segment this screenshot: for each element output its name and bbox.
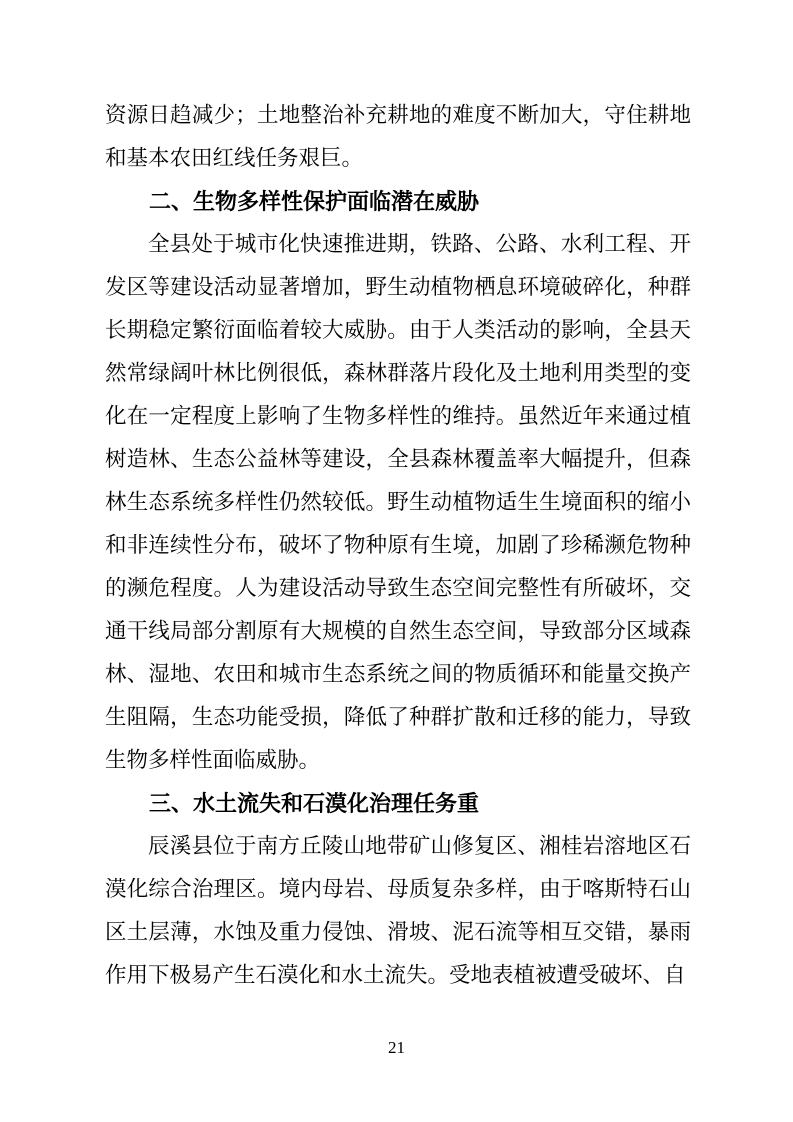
- section-heading-biodiversity: 二、生物多样性保护面临潜在威胁: [105, 180, 691, 223]
- document-page: 资源日趋减少；土地整治补充耕地的难度不断加大，守住耕地和基本农田红线任务艰巨。 …: [0, 0, 793, 1122]
- paragraph-continuation: 资源日趋减少；土地整治补充耕地的难度不断加大，守住耕地和基本农田红线任务艰巨。: [105, 94, 691, 180]
- paragraph-biodiversity: 全县处于城市化快速推进期，铁路、公路、水利工程、开发区等建设活动显著增加，野生动…: [105, 223, 691, 782]
- section-heading-soil-erosion: 三、水土流失和石漠化治理任务重: [105, 782, 691, 825]
- paragraph-soil-erosion: 辰溪县位于南方丘陵山地带矿山修复区、湘桂岩溶地区石漠化综合治理区。境内母岩、母质…: [105, 825, 691, 997]
- page-number: 21: [0, 1039, 793, 1056]
- document-body: 资源日趋减少；土地整治补充耕地的难度不断加大，守住耕地和基本农田红线任务艰巨。 …: [105, 94, 691, 997]
